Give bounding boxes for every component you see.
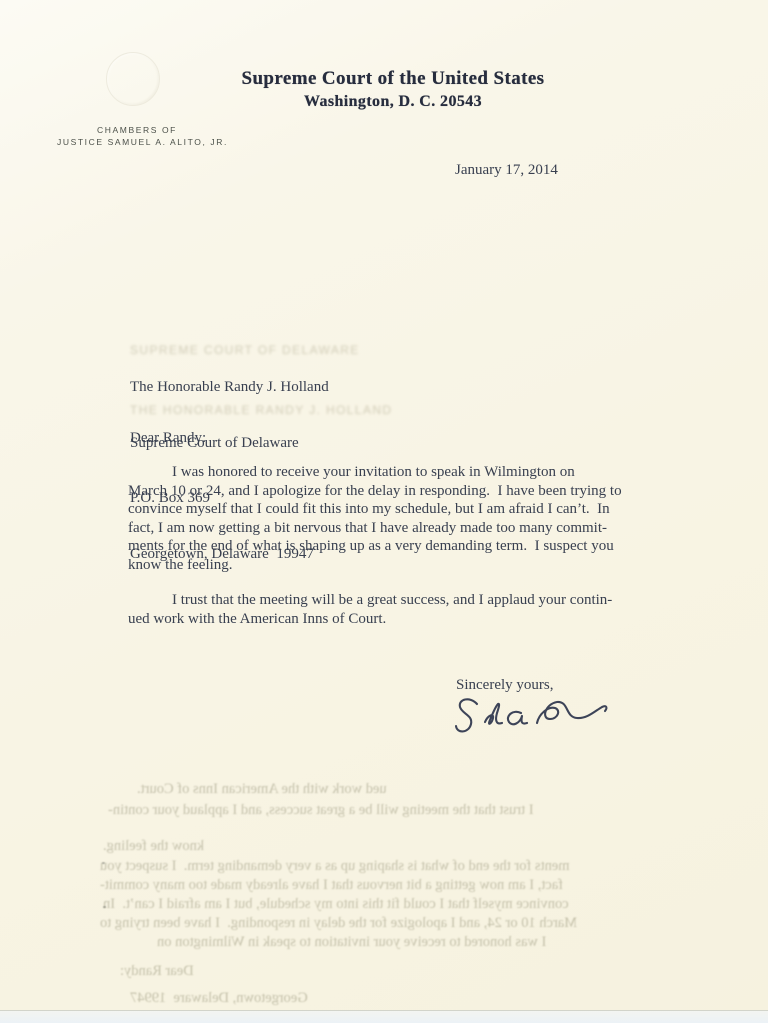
- scanner-edge-strip: [0, 1010, 768, 1023]
- handwritten-signature-icon: [450, 694, 618, 744]
- ghost-line: know the feeling.: [103, 838, 204, 855]
- body-line: ued work with the American Inns of Court…: [128, 610, 612, 629]
- scan-speck: [103, 906, 106, 908]
- chambers-block: CHAMBERS OF JUSTICE SAMUEL A. ALITO, JR.: [57, 125, 217, 148]
- body-line: I was honored to receive your invitation…: [128, 463, 622, 482]
- ghost-line: March 10 or 24, and I apologize for the …: [100, 915, 577, 932]
- address-line: The Honorable Randy J. Holland: [130, 378, 329, 397]
- body-paragraph-2: I trust that the meeting will be a great…: [128, 591, 612, 628]
- ghost-line: ued work with the American Inns of Court…: [137, 781, 387, 798]
- ghost-bleed-lower: ued work with the American Inns of Court…: [100, 781, 662, 1016]
- letterhead: Supreme Court of the United States Washi…: [0, 68, 768, 111]
- body-line: convince myself that I could fit this in…: [128, 500, 622, 519]
- ghost-line: I was honored to receive your invitation…: [157, 934, 546, 951]
- letter-date: January 17, 2014: [455, 162, 558, 179]
- body-line: I trust that the meeting will be a great…: [128, 591, 612, 610]
- ghost-line: Georgetown, Delaware 19947: [130, 990, 308, 1007]
- letterhead-line2: Washington, D. C. 20543: [18, 93, 768, 111]
- body-paragraph-1: I was honored to receive your invitation…: [128, 463, 622, 574]
- ghost-line: I trust that the meeting will be a great…: [108, 802, 534, 819]
- body-line: March 10 or 24, and I apologize for the …: [128, 482, 622, 501]
- ghost-line: convince myself that I could fit this in…: [103, 896, 569, 913]
- scanned-letter-page: Supreme Court of the United States Washi…: [0, 0, 768, 1023]
- ghost-line: ments for the end of what is shaping up …: [100, 858, 570, 875]
- salutation: Dear Randy:: [130, 430, 206, 447]
- body-line: fact, I am now getting a bit nervous tha…: [128, 519, 622, 538]
- ghost-line: fact, I am now getting a bit nervous tha…: [100, 877, 563, 894]
- scan-speck: [102, 862, 105, 864]
- closing-phrase: Sincerely yours,: [456, 677, 553, 694]
- chambers-of-label: CHAMBERS OF: [57, 125, 217, 137]
- letterhead-line1: Supreme Court of the United States: [18, 68, 768, 90]
- body-line: ments for the end of what is shaping up …: [128, 537, 622, 556]
- body-line: know the feeling.: [128, 556, 622, 575]
- justice-name: JUSTICE SAMUEL A. ALITO, JR.: [57, 137, 217, 149]
- ghost-line: Dear Randy:: [120, 963, 194, 980]
